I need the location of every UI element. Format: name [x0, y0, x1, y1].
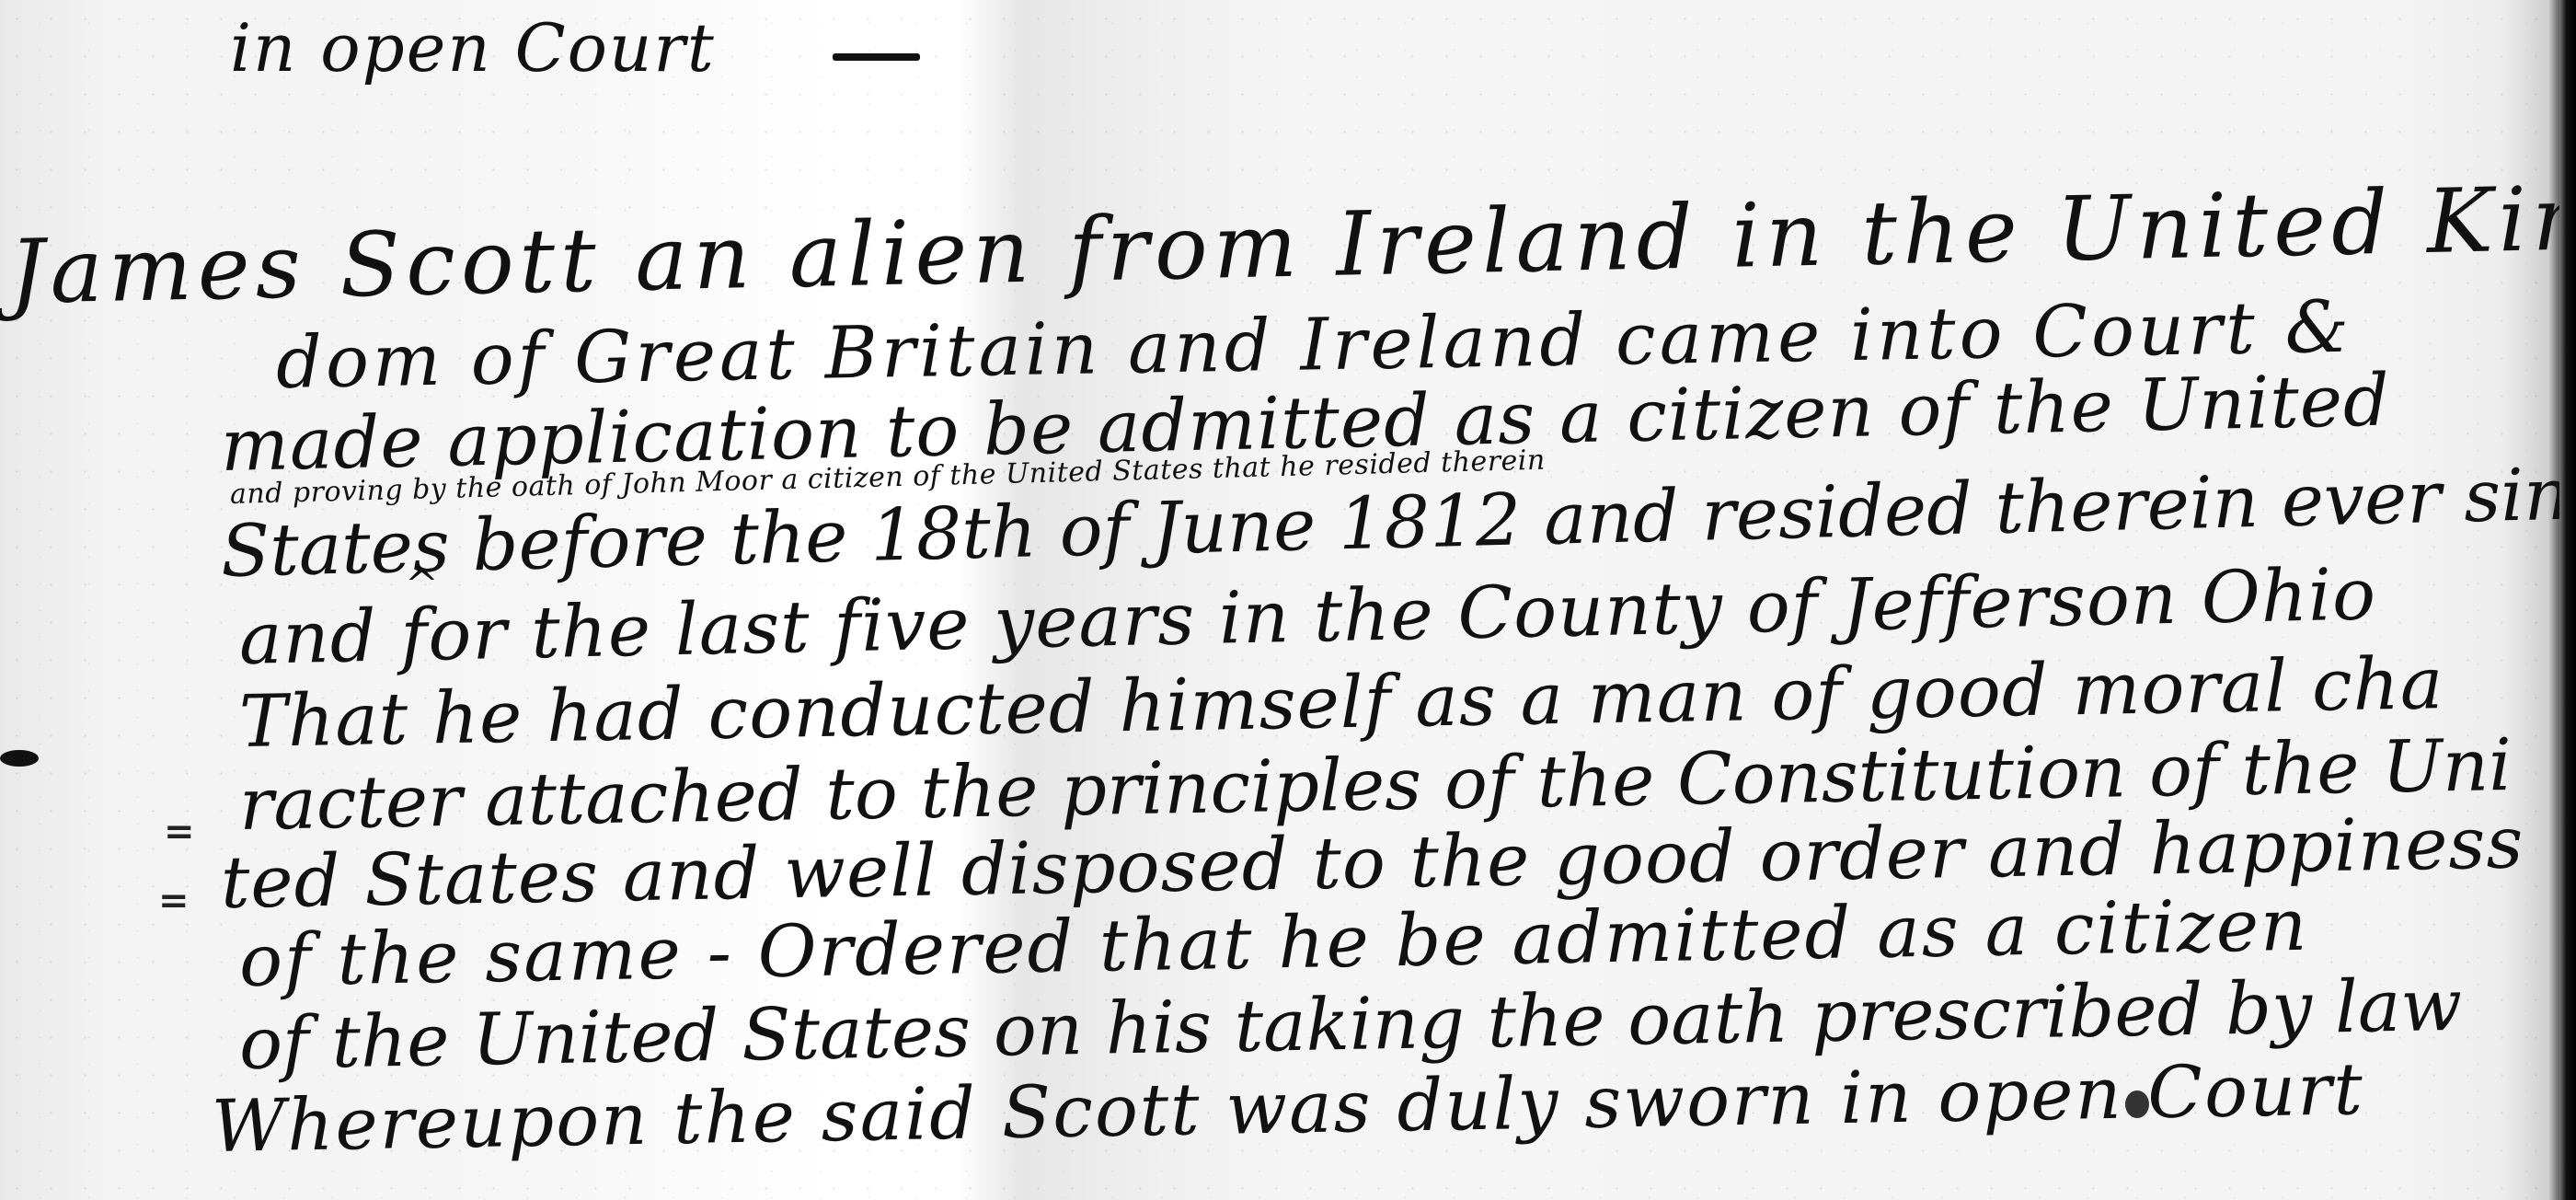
- end-dash: [833, 53, 920, 61]
- scanner-page-edge: [2559, 0, 2576, 1200]
- document-page: in open Court James Scott an alien from …: [0, 0, 2576, 1200]
- fragment-top-text: in open Court: [230, 9, 716, 87]
- margin-ink-mark: [0, 750, 39, 767]
- margin-mark-2: =: [158, 879, 190, 922]
- ink-blot: [2125, 1090, 2149, 1118]
- margin-mark-1: =: [164, 810, 195, 853]
